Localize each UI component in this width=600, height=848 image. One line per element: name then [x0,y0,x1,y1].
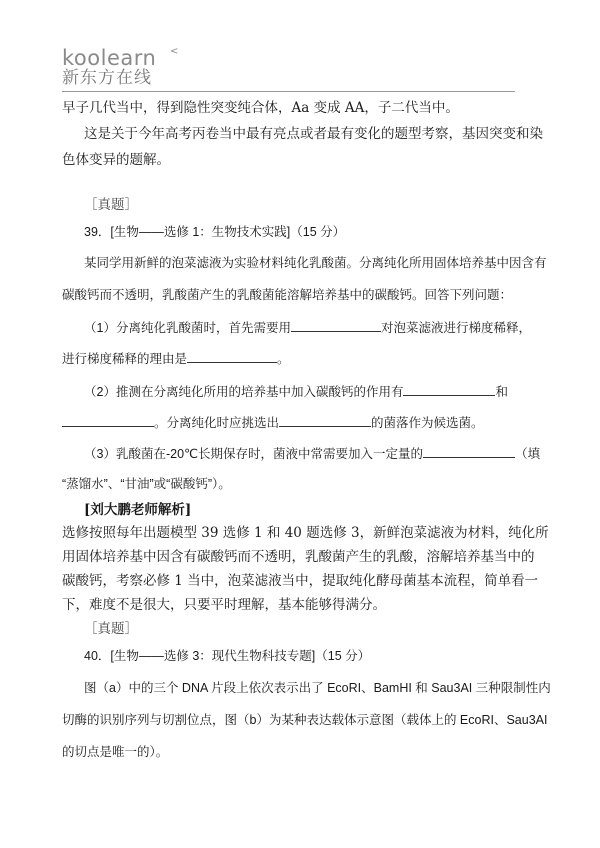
intro-line-2: 这是关于今年高考丙卷当中最有亮点或者最有变化的题型考察，基因突变和染 [62,122,554,142]
q40-title: 40．[生物——选修 3：现代生物科技专题]（15 分） [62,646,554,664]
analysis-line-2: 用固体培养基中因含有碳酸钙而不透明，乳酸菌产生的乳酸，溶解培养基当中的 [62,545,532,565]
q40-line-1: 图（a）中的三个 DNA 片段上依次表示出了 EcoRI、BamHI 和 Sau… [62,678,554,696]
q39-sub1-line-2: 进行梯度稀释的理由是。 [62,349,532,367]
answer-blank-1[interactable] [291,319,381,332]
logo-wordmark: koolearn < [62,48,156,68]
q39-sub3-line-2: “蒸馏水”、“甘油”或“碳酸钙”）。 [62,474,532,492]
answer-blank-4[interactable] [62,414,154,427]
q39-tag: ［真题］ [62,193,554,213]
q39-sub1-line-1: （1）分离纯化乳酸菌时，首先需要用对泡菜滤液进行梯度稀释， [62,318,554,336]
answer-blank-3[interactable] [403,383,495,396]
analysis-line-4: 下，难度不是很大，只要平时理解，基本能够得满分。 [62,593,532,613]
q39-stem-line-2: 碳酸钙而不透明，乳酸菌产生的乳酸菌能溶解培养基中的碳酸钙。回答下列问题： [62,285,532,303]
q40-tag: ［真题］ [62,617,554,637]
analysis-line-1: 选修按照每年出题模型 39 选修 1 和 40 题选修 3，新鲜泡菜滤液为材料，… [62,521,532,541]
q39-sub2-line-1: （2）推测在分离纯化所用的培养基中加入碳酸钙的作用有和 [62,382,554,400]
q40-line-2: 切酶的识别序列与切割位点，图（b）为某种表达载体示意图（载体上的 EcoRI、S… [62,710,532,728]
intro-line-1: 早子几代当中，得到隐性突变纯合体，Aa 变成 AA，子二代当中。 [62,96,532,116]
header-divider [62,91,515,92]
q39-sub3-line-1: （3）乳酸菌在-20℃长期保存时，菌液中常需要加入一定量的（填 [62,444,554,462]
answer-blank-6[interactable] [423,445,515,458]
koolearn-logo: koolearn < 新东方在线 [62,48,156,88]
analysis-heading: [刘大鹏老师解析] [62,498,554,518]
analysis-line-3: 碳酸钙，考察必修 1 当中，泡菜滤液当中，提取纯化酵母菌基本流程，简单看一 [62,569,532,589]
logo-chinese-name: 新东方在线 [62,68,156,88]
q40-line-3: 的切点是唯一的）。 [62,742,532,760]
answer-blank-2[interactable] [187,350,277,363]
q39-stem-line-1: 某同学用新鲜的泡菜滤液为实验材料纯化乳酸菌。分离纯化所用固体培养基中因含有 [62,253,554,271]
answer-blank-5[interactable] [279,414,371,427]
q39-title: 39．[生物——选修 1：生物技术实践]（15 分） [62,222,554,240]
logo-chevron-icon: < [170,42,179,62]
q39-sub2-line-2: 。分离纯化时应挑选出的菌落作为候选菌。 [62,413,532,431]
intro-line-3: 色体变异的题解。 [62,148,532,168]
